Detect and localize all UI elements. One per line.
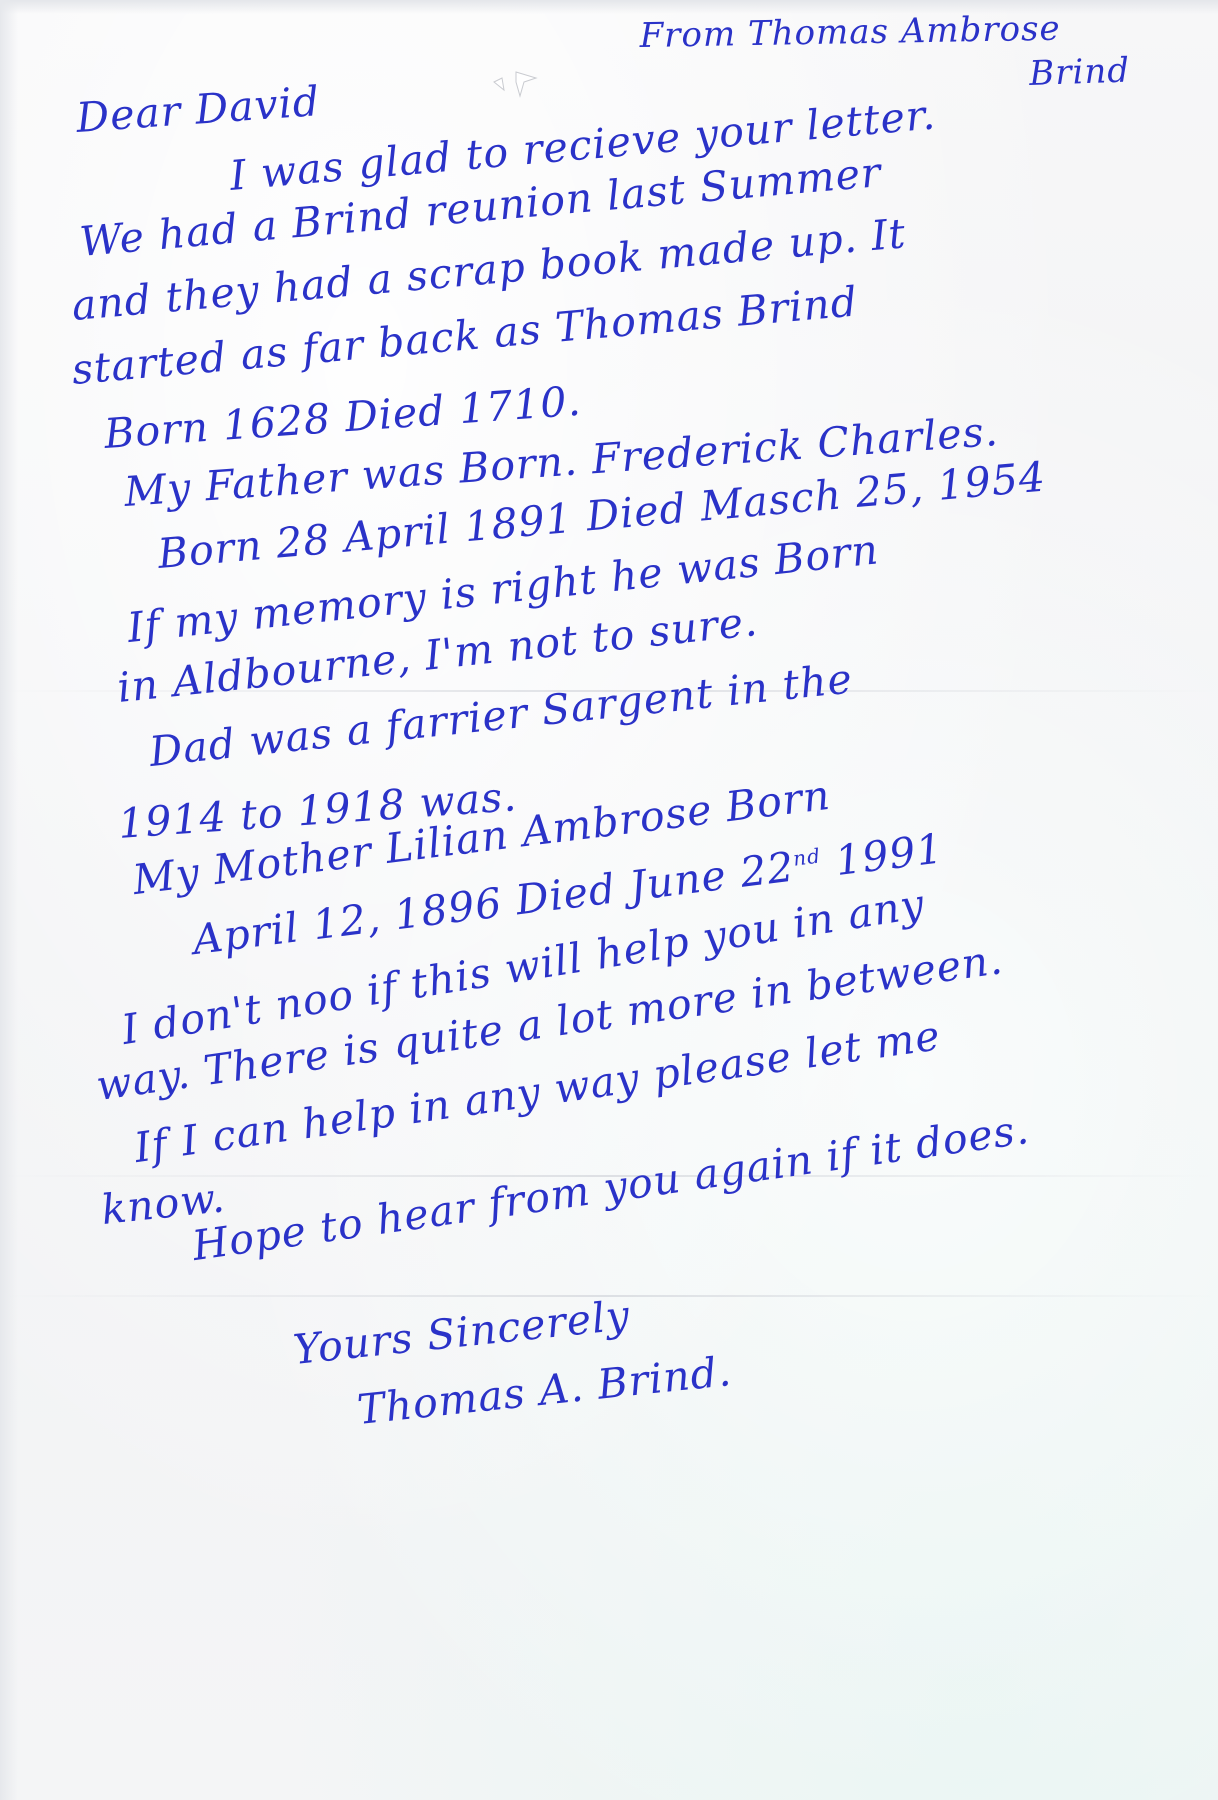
mother-death-year: 1991 xyxy=(833,824,946,885)
paper-tear-mark xyxy=(490,68,550,98)
paper-edge-left xyxy=(0,0,18,1800)
from-line-2: Brind xyxy=(1029,51,1131,94)
date-suffix: nd xyxy=(792,843,822,870)
from-line-1: From Thomas Ambrose xyxy=(639,9,1061,56)
salutation: Dear David xyxy=(75,77,322,142)
letter-page: From Thomas Ambrose Brind Dear David I w… xyxy=(0,0,1218,1800)
